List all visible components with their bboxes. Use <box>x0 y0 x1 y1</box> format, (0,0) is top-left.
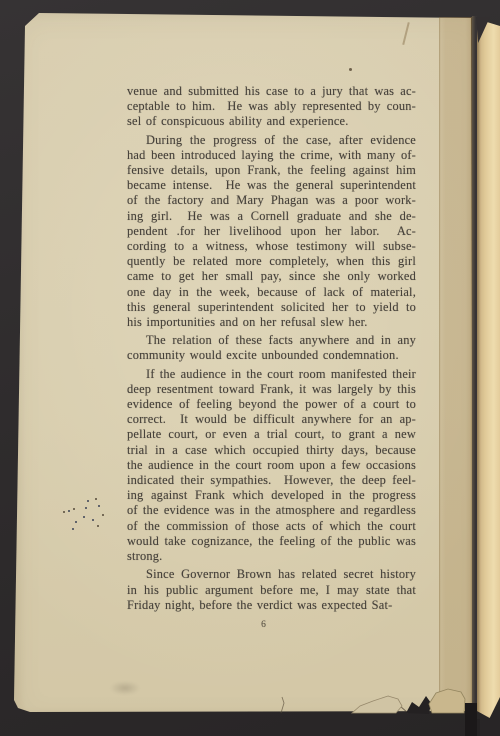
adjacent-page-edge <box>477 19 500 718</box>
text-line: fensive details, upon Frank, the feeling… <box>127 163 416 178</box>
scanned-book-photo: venue and submitted his case to a jury t… <box>0 0 500 736</box>
paragraph: Since Governor Brown has related secret … <box>127 567 416 613</box>
text-line: ceptable to him. He was ably represented… <box>127 99 416 114</box>
text-line: evidence of feeling beyond the power of … <box>127 397 416 412</box>
text-line: cording to a witness, whose testimony wi… <box>127 239 416 254</box>
paragraph: The relation of these facts anywhere and… <box>127 333 416 363</box>
text-line: trial in a case which occupied thirty da… <box>127 443 416 458</box>
paragraph: If the audience in the court room manife… <box>127 367 416 565</box>
text-line: ing girl. He was a Cornell graduate and … <box>127 209 416 224</box>
text-line: correct. It would be difficult anywhere … <box>127 412 416 427</box>
text-line: of the commission of those acts of which… <box>127 519 416 534</box>
text-line: deep resentment toward Frank, it was lar… <box>127 382 416 397</box>
text-line: During the progress of the case, after e… <box>127 133 416 148</box>
text-line: in his public argument before me, I may … <box>127 583 416 598</box>
text-line: venue and submitted his case to a jury t… <box>127 84 416 99</box>
text-line: community would excite unbounded condemn… <box>127 348 416 363</box>
text-line: would take cognizance, the feeling of th… <box>127 534 416 549</box>
page-number: 6 <box>119 620 408 630</box>
text-line: of the evidence was in the atmosphere an… <box>127 503 416 518</box>
text-line: had been introduced laying the crime, wi… <box>127 148 416 163</box>
text-line: Since Governor Brown has related secret … <box>127 567 416 582</box>
text-line: The relation of these facts anywhere and… <box>127 333 416 348</box>
text-line: came to get her small pay, since she onl… <box>127 269 416 284</box>
text-line: quently be related more completely, when… <box>127 254 416 269</box>
paragraph: During the progress of the case, after e… <box>127 133 416 331</box>
ink-speck <box>349 68 352 71</box>
text-line: pendent .for her livelihood upon her lab… <box>127 224 416 239</box>
page-gutter-gap <box>472 16 477 714</box>
tape-strip <box>439 17 472 711</box>
smudge-stain <box>110 681 140 695</box>
page-text: venue and submitted his case to a jury t… <box>127 84 416 613</box>
text-line: sel of conspicuous ability and experienc… <box>127 114 416 129</box>
text-line: ing against Frank which developed in the… <box>127 488 416 503</box>
text-line: became intense. He was the general super… <box>127 178 416 193</box>
text-line: indicated their sympathies. However, the… <box>127 473 416 488</box>
page-tear <box>260 655 480 736</box>
text-line: the audience in the court room upon a fe… <box>127 458 416 473</box>
text-line: strong. <box>127 549 416 564</box>
text-line: his importunities and on her refusal sle… <box>127 315 416 330</box>
text-line: of the factory and Mary Phagan was a poo… <box>127 193 416 208</box>
text-line: one day in the week, because of lack of … <box>127 285 416 300</box>
text-line: If the audience in the court room manife… <box>127 367 416 382</box>
paragraph: venue and submitted his case to a jury t… <box>127 84 416 130</box>
text-line: pellate court, or even a trial court, to… <box>127 427 416 442</box>
text-line: Friday night, before the verdict was exp… <box>127 598 416 613</box>
text-line: this general superintendent solicited he… <box>127 300 416 315</box>
